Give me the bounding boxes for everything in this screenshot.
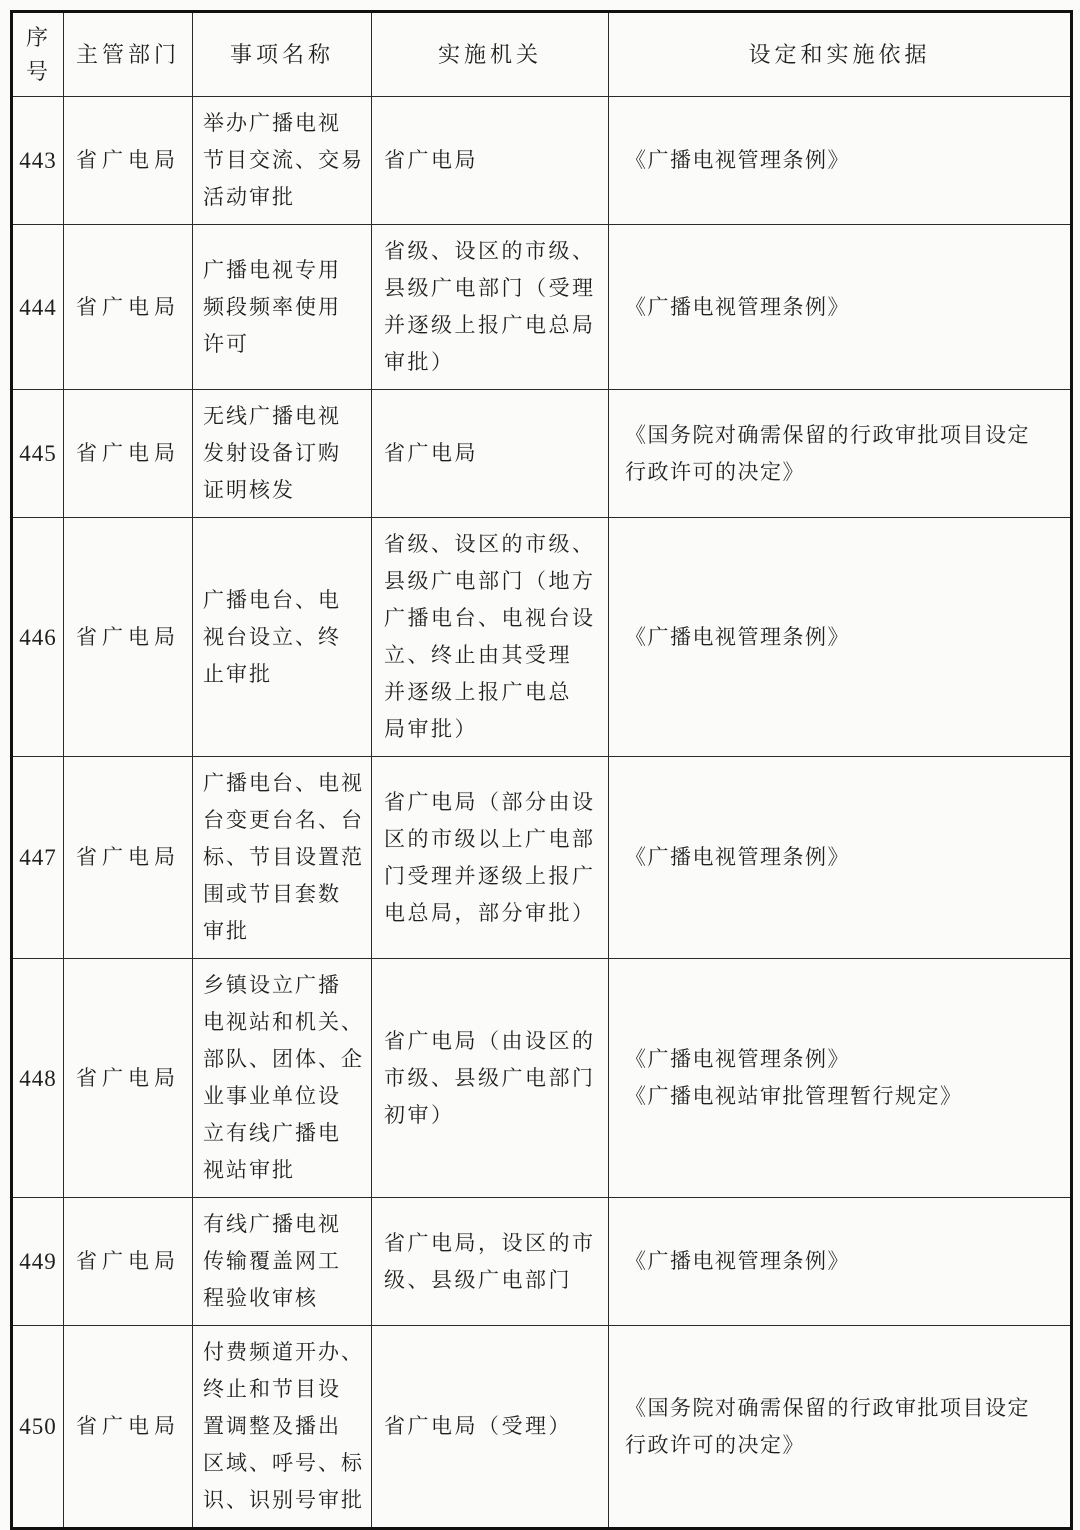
item-name-cell: 广播电台、电视 台变更台名、台 标、节目设置范 围或节目套数 审批 <box>193 757 372 959</box>
basis-cell: 《广播电视管理条例》 <box>609 225 1072 390</box>
item-name-cell: 广播电台、电 视台设立、终 止审批 <box>193 518 372 757</box>
basis-cell: 《广播电视管理条例》 《广播电视站审批管理暂行规定》 <box>609 959 1072 1198</box>
department-cell: 省广电局 <box>64 390 193 518</box>
table-row: 447 省广电局 广播电台、电视 台变更台名、台 标、节目设置范 围或节目套数 … <box>12 757 1072 959</box>
basis-cell: 《广播电视管理条例》 <box>609 1198 1072 1326</box>
item-name-cell: 有线广播电视 传输覆盖网工 程验收审核 <box>193 1198 372 1326</box>
column-header-basis: 设定和实施依据 <box>609 12 1072 97</box>
agency-cell: 省广电局 <box>372 390 609 518</box>
department-cell: 省广电局 <box>64 757 193 959</box>
row-number: 446 <box>12 518 64 757</box>
agency-cell: 省级、设区的市级、 县级广电部门（地方 广播电台、电视台设 立、终止由其受理 并… <box>372 518 609 757</box>
row-number: 449 <box>12 1198 64 1326</box>
column-header-item-name: 事项名称 <box>193 12 372 97</box>
table-row: 443 省广电局 举办广播电视 节目交流、交易 活动审批 省广电局 《广播电视管… <box>12 97 1072 225</box>
basis-cell: 《国务院对确需保留的行政审批项目设定 行政许可的决定》 <box>609 1326 1072 1529</box>
department-cell: 省广电局 <box>64 1326 193 1529</box>
approval-items-table: 序号 主管部门 事项名称 实施机关 设定和实施依据 443 省广电局 举办广播电… <box>10 10 1073 1530</box>
department-cell: 省广电局 <box>64 959 193 1198</box>
document-page: 序号 主管部门 事项名称 实施机关 设定和实施依据 443 省广电局 举办广播电… <box>0 0 1080 1409</box>
table-header-row: 序号 主管部门 事项名称 实施机关 设定和实施依据 <box>12 12 1072 97</box>
row-number: 444 <box>12 225 64 390</box>
department-cell: 省广电局 <box>64 1198 193 1326</box>
agency-cell: 省广电局，设区的市 级、县级广电部门 <box>372 1198 609 1326</box>
basis-cell: 《国务院对确需保留的行政审批项目设定 行政许可的决定》 <box>609 390 1072 518</box>
item-name-cell: 乡镇设立广播 电视站和机关、 部队、团体、企 业事业单位设 立有线广播电 视站审… <box>193 959 372 1198</box>
agency-cell: 省广电局 <box>372 97 609 225</box>
column-header-agency: 实施机关 <box>372 12 609 97</box>
column-header-department: 主管部门 <box>64 12 193 97</box>
table-row: 449 省广电局 有线广播电视 传输覆盖网工 程验收审核 省广电局，设区的市 级… <box>12 1198 1072 1326</box>
table-row: 445 省广电局 无线广播电视 发射设备订购 证明核发 省广电局 《国务院对确需… <box>12 390 1072 518</box>
basis-cell: 《广播电视管理条例》 <box>609 97 1072 225</box>
agency-cell: 省广电局（由设区的 市级、县级广电部门 初审） <box>372 959 609 1198</box>
department-cell: 省广电局 <box>64 97 193 225</box>
basis-cell: 《广播电视管理条例》 <box>609 518 1072 757</box>
agency-cell: 省广电局（受理） <box>372 1326 609 1529</box>
table-row: 450 省广电局 付费频道开办、 终止和节目设 置调整及播出 区域、呼号、标 识… <box>12 1326 1072 1529</box>
item-name-cell: 广播电视专用 频段频率使用 许可 <box>193 225 372 390</box>
department-cell: 省广电局 <box>64 518 193 757</box>
agency-cell: 省级、设区的市级、 县级广电部门（受理 并逐级上报广电总局 审批） <box>372 225 609 390</box>
department-cell: 省广电局 <box>64 225 193 390</box>
row-number: 447 <box>12 757 64 959</box>
item-name-cell: 举办广播电视 节目交流、交易 活动审批 <box>193 97 372 225</box>
row-number: 450 <box>12 1326 64 1529</box>
row-number: 445 <box>12 390 64 518</box>
table-row: 444 省广电局 广播电视专用 频段频率使用 许可 省级、设区的市级、 县级广电… <box>12 225 1072 390</box>
item-name-cell: 付费频道开办、 终止和节目设 置调整及播出 区域、呼号、标 识、识别号审批 <box>193 1326 372 1529</box>
table-row: 448 省广电局 乡镇设立广播 电视站和机关、 部队、团体、企 业事业单位设 立… <box>12 959 1072 1198</box>
item-name-cell: 无线广播电视 发射设备订购 证明核发 <box>193 390 372 518</box>
column-header-number: 序号 <box>12 12 64 97</box>
agency-cell: 省广电局（部分由设 区的市级以上广电部 门受理并逐级上报广 电总局，部分审批） <box>372 757 609 959</box>
basis-cell: 《广播电视管理条例》 <box>609 757 1072 959</box>
table-row: 446 省广电局 广播电台、电 视台设立、终 止审批 省级、设区的市级、 县级广… <box>12 518 1072 757</box>
row-number: 448 <box>12 959 64 1198</box>
row-number: 443 <box>12 97 64 225</box>
